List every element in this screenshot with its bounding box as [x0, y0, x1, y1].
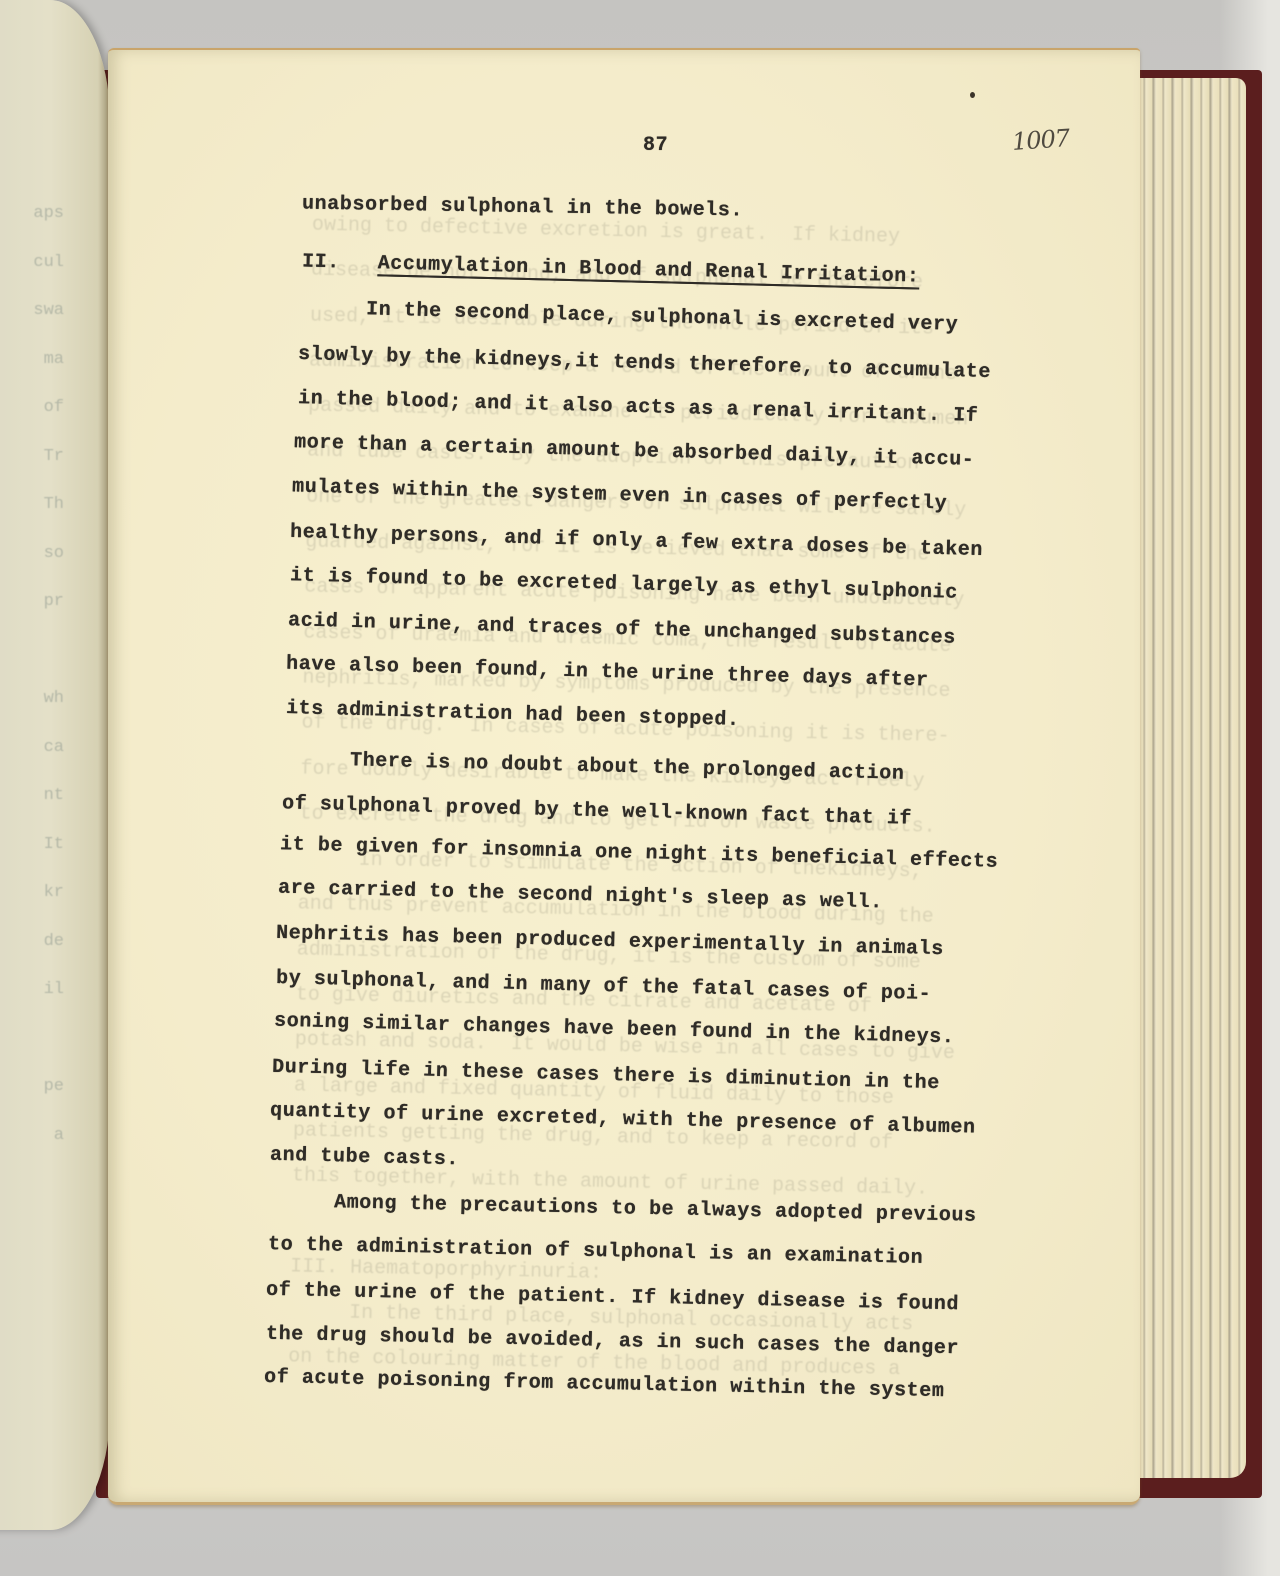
- previous-page-fragment: aps: [4, 190, 64, 239]
- previous-page-fragment: pr: [4, 578, 64, 627]
- previous-page-fragment: ca: [4, 724, 64, 773]
- previous-page-text-fragments: apsculswamaofTrThsopr whcantItkrdeil pea: [4, 190, 64, 1160]
- previous-page-curl: apsculswamaofTrThsopr whcantItkrdeil pea: [0, 0, 110, 1530]
- previous-page-fragment: Tr: [4, 433, 64, 482]
- previous-page-fragment: il: [4, 966, 64, 1015]
- previous-page-fragment: swa: [4, 287, 64, 336]
- previous-page-fragment: [4, 627, 64, 676]
- paragraph-2-line-10: and tube casts.: [270, 1144, 460, 1172]
- previous-page-fragment: de: [4, 918, 64, 967]
- previous-page-fragment: of: [4, 384, 64, 433]
- page-number: 87: [643, 134, 668, 157]
- section-number: II.: [302, 250, 340, 274]
- ink-spot: [970, 92, 975, 98]
- previous-page-fragment: a: [4, 1112, 64, 1161]
- previous-page-fragment: pe: [4, 1063, 64, 1112]
- previous-page-fragment: nt: [4, 772, 64, 821]
- previous-page-fragment: Th: [4, 481, 64, 530]
- handwritten-annotation: 1007: [1011, 124, 1070, 156]
- previous-page-fragment: so: [4, 530, 64, 579]
- previous-page-fragment: ma: [4, 336, 64, 385]
- previous-page-fragment: It: [4, 821, 64, 870]
- previous-page-fragment: wh: [4, 675, 64, 724]
- previous-page-fragment: kr: [4, 869, 64, 918]
- previous-page-fragment: cul: [4, 239, 64, 288]
- previous-page-fragment: [4, 1015, 64, 1064]
